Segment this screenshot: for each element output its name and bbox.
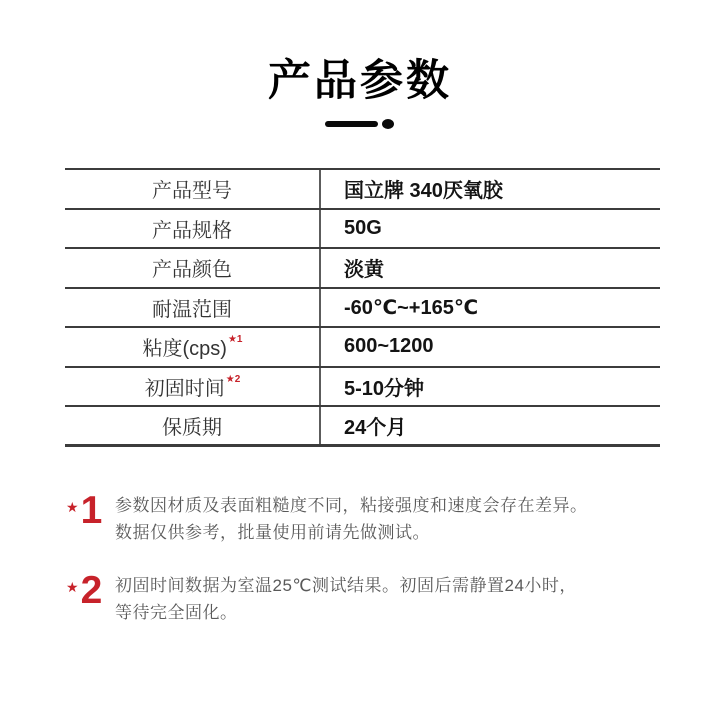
product-parameter-table: 产品型号 国立牌 340厌氧胶 产品规格 50G 产品颜色 淡黄 耐温范围 -6… [65, 168, 660, 447]
row-label-text: 产品规格 [152, 214, 232, 243]
footnote-1: ★ 1 参数因材质及表面粗糙度不同，粘接强度和速度会存在差异。 数据仅供参考，批… [66, 492, 655, 546]
row-label: 保质期 [65, 407, 321, 444]
footnote-2-line-1: 初固时间数据为室温25℃测试结果。初固后需静置24小时， [115, 572, 655, 599]
table-row-spec: 产品规格 50G [65, 210, 660, 250]
footnote-1-number: 1 [81, 492, 103, 530]
row-value-text: 淡黄 [344, 253, 384, 282]
row-label: 产品颜色 [65, 249, 321, 287]
table-row-color: 产品颜色 淡黄 [65, 249, 660, 289]
row-value: 5-10分钟 [321, 368, 660, 406]
row-label: 产品型号 [65, 170, 321, 208]
table-row-viscosity: 粘度(cps)★1 600~1200 [65, 328, 660, 368]
row-value: 24个月 [321, 407, 660, 444]
row-value: 50G [321, 210, 660, 248]
row-label-text: 保质期 [162, 411, 222, 440]
table-row-shelf-life: 保质期 24个月 [65, 407, 660, 447]
footnote-1-text: 参数因材质及表面粗糙度不同，粘接强度和速度会存在差异。 数据仅供参考，批量使用前… [115, 492, 655, 546]
row-value: 淡黄 [321, 249, 660, 287]
table-row-initial-cure-time: 初固时间★2 5-10分钟 [65, 368, 660, 408]
row-value-text: 国立牌 340厌氧胶 [344, 174, 503, 203]
title-underline-dot [382, 119, 394, 129]
footnote-ref: ★1 [228, 334, 243, 345]
row-value-text: -60℃~+165℃ [344, 295, 478, 320]
row-value-text: 24个月 [344, 411, 406, 440]
footnote-2-number: 2 [81, 572, 103, 610]
row-value: -60℃~+165℃ [321, 289, 660, 327]
footnote-1-line-1: 参数因材质及表面粗糙度不同，粘接强度和速度会存在差异。 [115, 492, 655, 519]
row-value-text: 5-10分钟 [344, 372, 424, 401]
row-label: 初固时间★2 [65, 368, 321, 406]
footnote-2-text: 初固时间数据为室温25℃测试结果。初固后需静置24小时， 等待完全固化。 [115, 572, 655, 626]
footnote-2-line-2: 等待完全固化。 [115, 599, 655, 626]
row-label-text: 产品型号 [152, 174, 232, 203]
footnote-2: ★ 2 初固时间数据为室温25℃测试结果。初固后需静置24小时， 等待完全固化。 [66, 572, 655, 626]
star-icon: ★ [66, 500, 79, 514]
table-row-temperature-range: 耐温范围 -60℃~+165℃ [65, 289, 660, 329]
row-label-text: 初固时间 [145, 372, 225, 401]
footnote-2-marker: ★ 2 [66, 572, 115, 610]
star-icon: ★ [66, 580, 79, 594]
table-row-model: 产品型号 国立牌 340厌氧胶 [65, 170, 660, 210]
row-value-text: 50G [344, 217, 382, 240]
row-value-text: 600~1200 [344, 335, 434, 358]
row-value: 600~1200 [321, 328, 660, 366]
footnote-ref: ★2 [226, 374, 241, 385]
row-label-text: 耐温范围 [152, 293, 232, 322]
row-label-text: 粘度(cps) [143, 332, 227, 361]
footnote-1-line-2: 数据仅供参考，批量使用前请先做测试。 [115, 519, 655, 546]
row-label: 产品规格 [65, 210, 321, 248]
row-value: 国立牌 340厌氧胶 [321, 170, 660, 208]
footnote-1-marker: ★ 1 [66, 492, 115, 530]
row-label-text: 产品颜色 [152, 253, 232, 282]
title-underline-bar [325, 121, 378, 127]
row-label: 粘度(cps)★1 [65, 328, 321, 366]
page-title: 产品参数 [0, 56, 720, 106]
row-label: 耐温范围 [65, 289, 321, 327]
